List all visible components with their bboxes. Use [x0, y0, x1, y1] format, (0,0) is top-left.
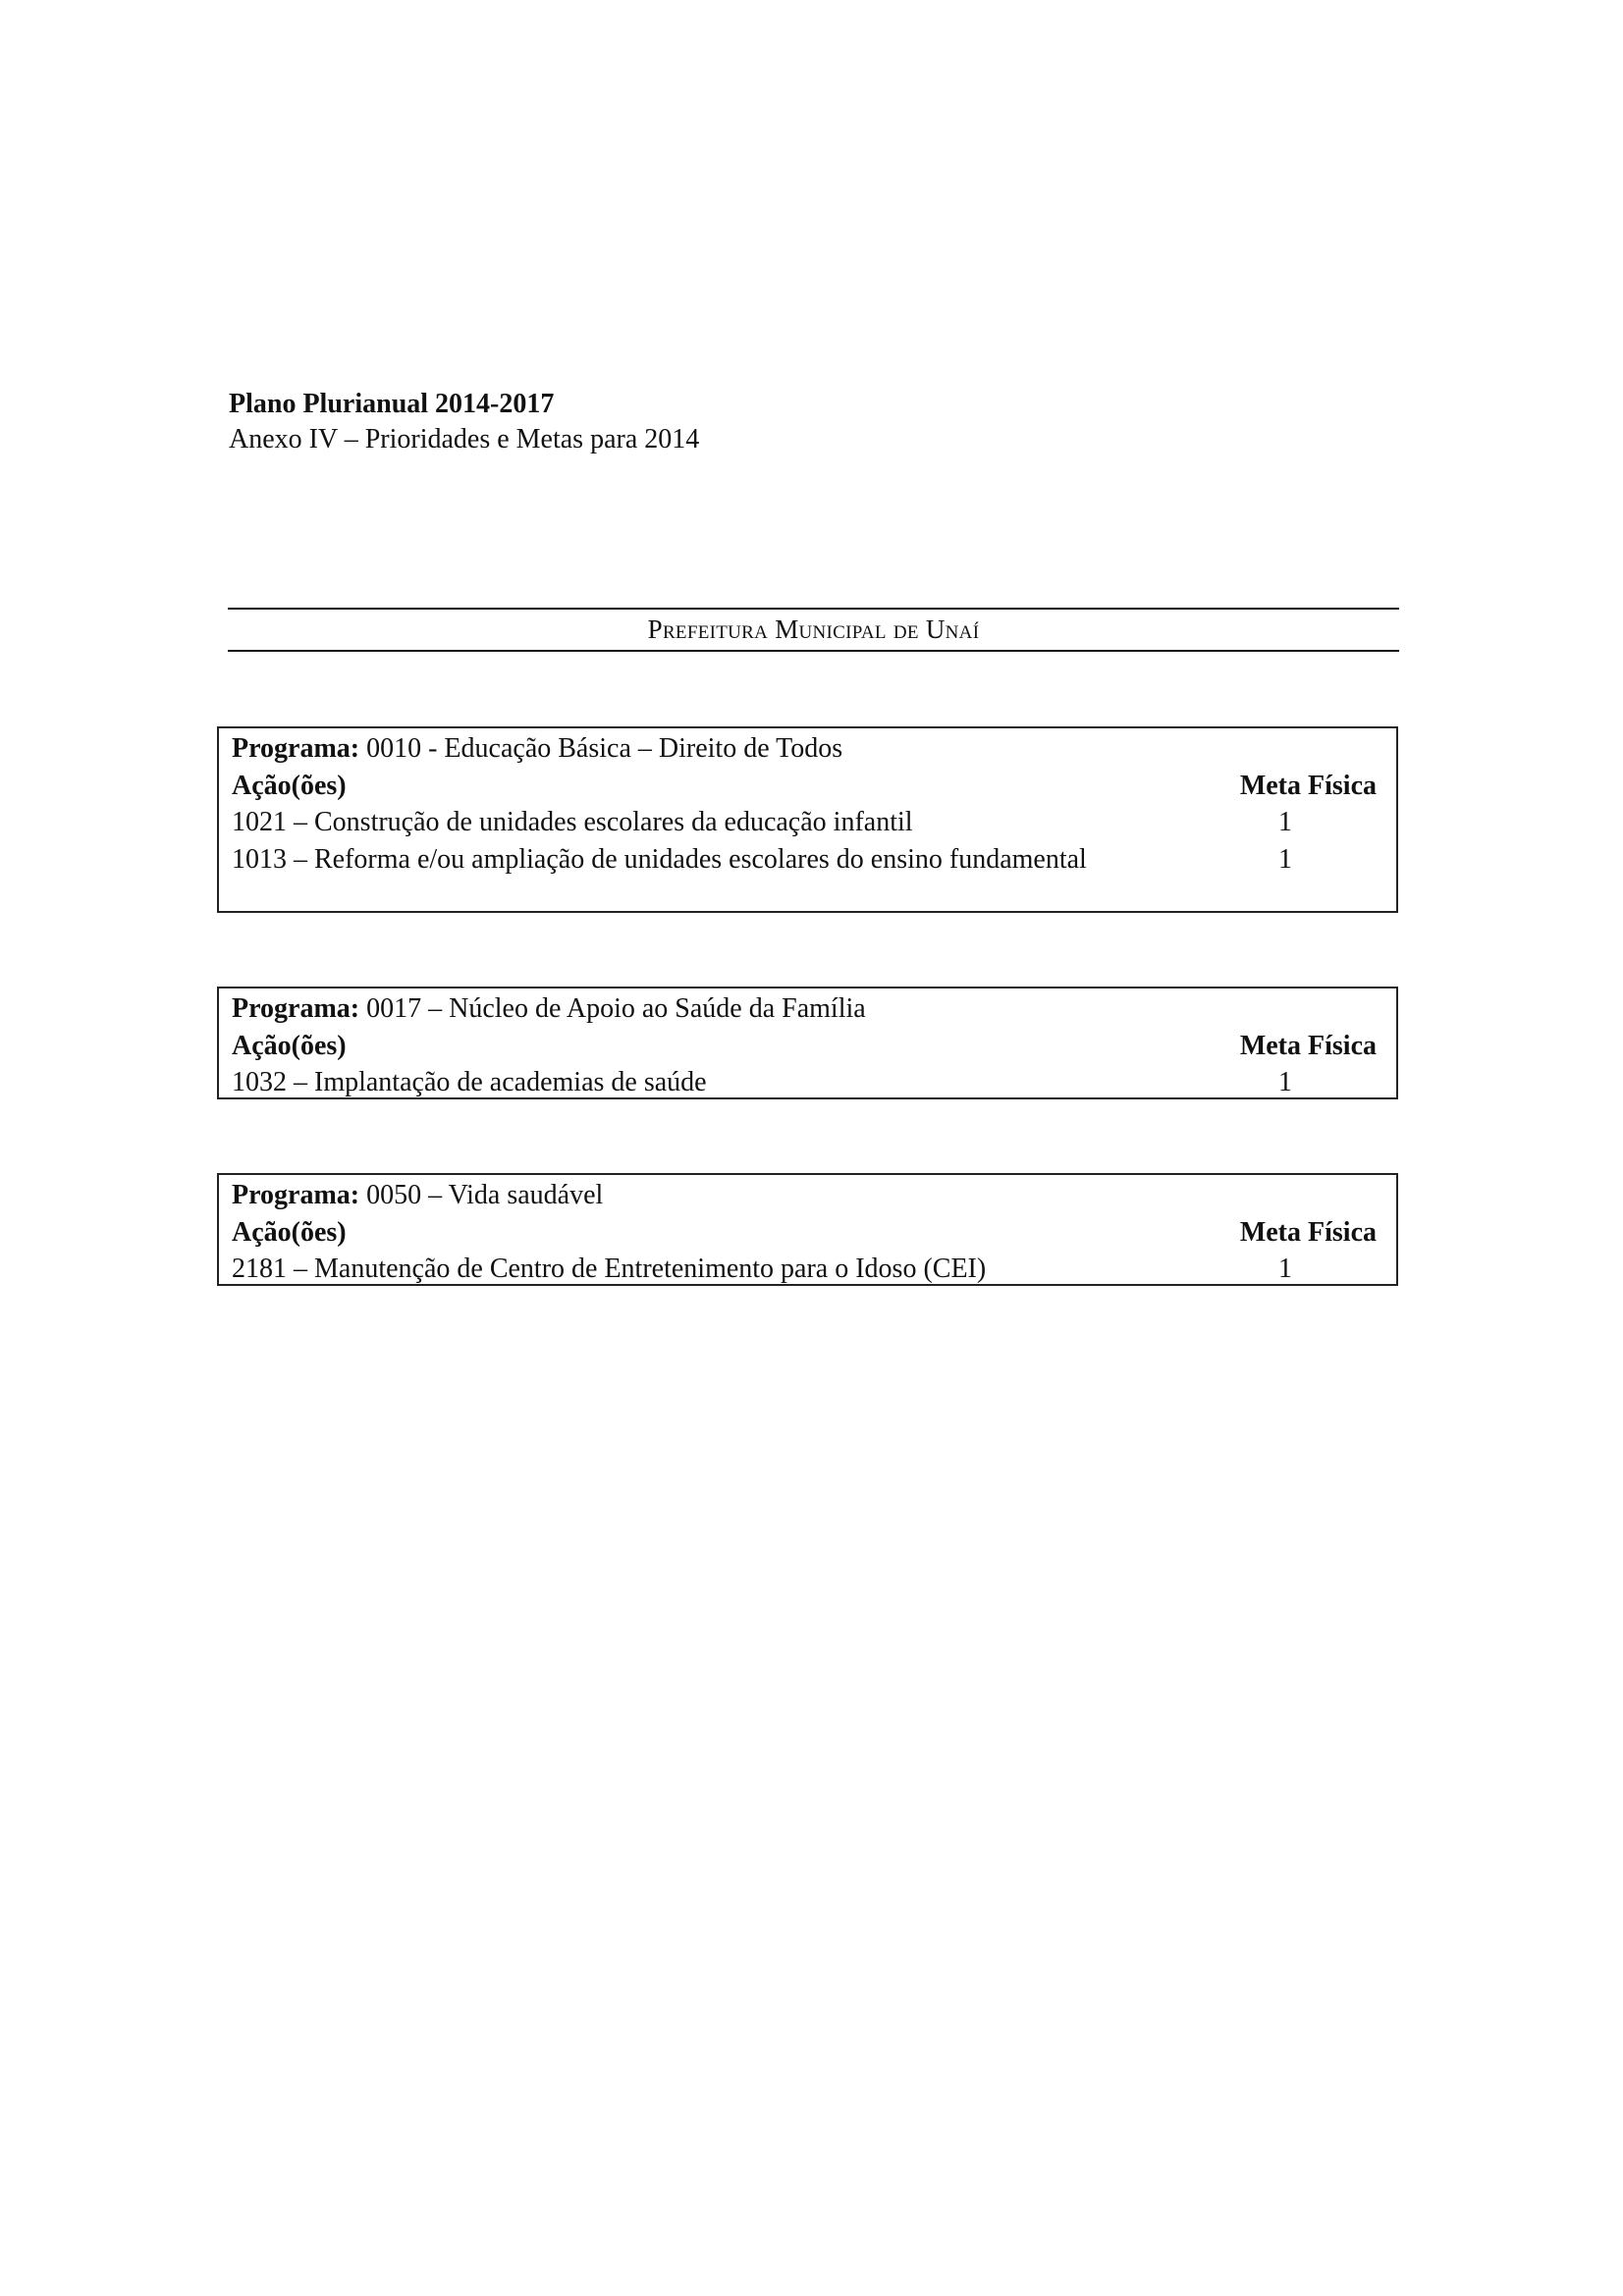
column-header-meta: Meta Física	[1164, 1028, 1377, 1065]
program-label: Programa:	[232, 1180, 359, 1210]
table-row: 1021 – Construção de unidades escolares …	[232, 804, 1377, 841]
action-description: 1032 – Implantação de academias de saúde	[232, 1064, 1164, 1101]
program-title: Programa: 0010 - Educação Básica – Direi…	[232, 730, 1377, 768]
table-row: 1032 – Implantação de academias de saúde…	[232, 1064, 1377, 1101]
program-label: Programa:	[232, 993, 359, 1024]
program-table: Programa: 0010 - Educação Básica – Direi…	[217, 726, 1398, 913]
action-meta: 1	[1164, 1064, 1377, 1101]
column-header-action: Ação(ões)	[232, 1028, 1164, 1065]
action-meta: 1	[1164, 1251, 1377, 1288]
program-name: 0050 – Vida saudável	[366, 1180, 603, 1210]
organization-name: Prefeitura Municipal de Unaí	[648, 614, 980, 645]
document-header: Plano Plurianual 2014-2017 Anexo IV – Pr…	[229, 387, 699, 457]
action-description: 1021 – Construção de unidades escolares …	[232, 804, 1164, 841]
column-header-meta: Meta Física	[1164, 1214, 1377, 1252]
program-title: Programa: 0017 – Núcleo de Apoio ao Saúd…	[232, 990, 1377, 1028]
program-title: Programa: 0050 – Vida saudável	[232, 1177, 1377, 1214]
action-description: 2181 – Manutenção de Centro de Entreteni…	[232, 1251, 1164, 1288]
action-meta: 1	[1164, 804, 1377, 841]
action-description: 1013 – Reforma e/ou ampliação de unidade…	[232, 841, 1164, 879]
column-header-action: Ação(ões)	[232, 1214, 1164, 1252]
column-header-meta: Meta Física	[1164, 768, 1377, 805]
document-subtitle: Anexo IV – Prioridades e Metas para 2014	[229, 422, 699, 457]
program-label: Programa:	[232, 733, 359, 764]
table-header-row: Ação(ões) Meta Física	[232, 1028, 1377, 1065]
program-name: 0017 – Núcleo de Apoio ao Saúde da Famíl…	[366, 993, 866, 1024]
action-meta: 1	[1164, 841, 1377, 879]
document-title: Plano Plurianual 2014-2017	[229, 387, 699, 422]
organization-band: Prefeitura Municipal de Unaí	[228, 608, 1399, 652]
table-header-row: Ação(ões) Meta Física	[232, 1214, 1377, 1252]
program-table: Programa: 0050 – Vida saudável Ação(ões)…	[217, 1173, 1398, 1286]
program-name: 0010 - Educação Básica – Direito de Todo…	[366, 733, 842, 764]
program-table: Programa: 0017 – Núcleo de Apoio ao Saúd…	[217, 987, 1398, 1099]
table-row: 1013 – Reforma e/ou ampliação de unidade…	[232, 841, 1377, 879]
column-header-action: Ação(ões)	[232, 768, 1164, 805]
table-row: 2181 – Manutenção de Centro de Entreteni…	[232, 1251, 1377, 1288]
table-header-row: Ação(ões) Meta Física	[232, 768, 1377, 805]
